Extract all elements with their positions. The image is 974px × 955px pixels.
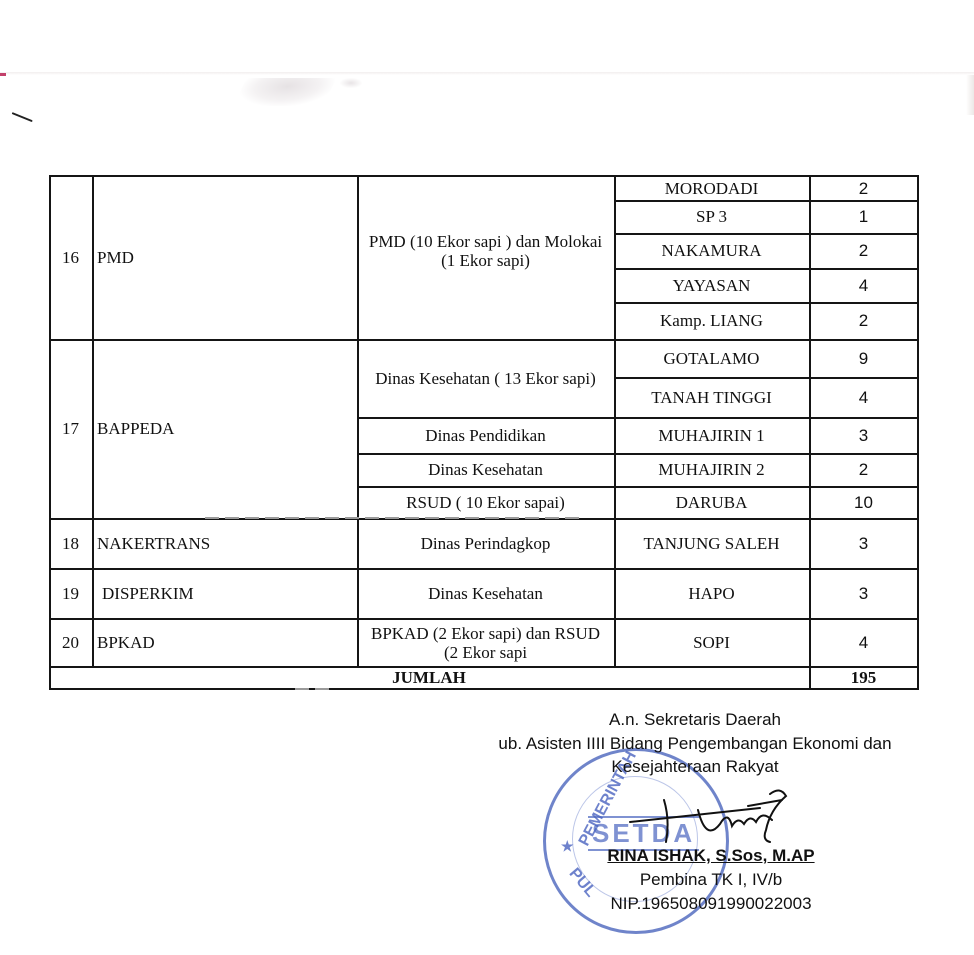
total-value: 195 (809, 666, 918, 689)
signatory-position-cont: Kesejahteraan Rakyat (470, 757, 920, 777)
row-number: 17 (49, 339, 92, 518)
count-cell: 2 (809, 453, 918, 486)
total-label: JUMLAH (49, 666, 809, 689)
unit-name: BAPPEDA (92, 339, 357, 518)
handwritten-signature (620, 780, 800, 850)
location-cell: GOTALAMO (614, 339, 809, 377)
count-cell: 4 (809, 268, 918, 302)
source-line: (1 Ekor sapi) (441, 251, 530, 270)
count-cell: 2 (809, 176, 918, 200)
source-cell: Dinas Kesehatan (357, 453, 614, 486)
count-cell: 3 (809, 417, 918, 453)
row-number: 16 (49, 176, 92, 339)
signatory-name: RINA ISHAK, S.Sos, M.AP (596, 846, 826, 866)
source-line: (2 Ekor sapi (444, 643, 527, 662)
signatory-nip: NIP.196508091990022003 (596, 894, 826, 914)
star-icon: ★ (561, 838, 574, 855)
source-cell: PMD (10 Ekor sapi ) dan Molokai(1 Ekor s… (357, 176, 614, 339)
scan-top-margin (0, 0, 974, 72)
row-number: 18 (49, 518, 92, 568)
location-cell: SP 3 (614, 200, 809, 233)
row-number: 20 (49, 618, 92, 666)
count-cell: 10 (809, 486, 918, 518)
signatory-position: ub. Asisten IIII Bidang Pengembangan Eko… (470, 734, 920, 754)
location-cell: NAKAMURA (614, 233, 809, 268)
source-line: BPKAD (2 Ekor sapi) dan RSUD (371, 624, 600, 643)
scan-mark (0, 73, 6, 76)
location-cell: MUHAJIRIN 1 (614, 417, 809, 453)
unit-name: DISPERKIM (92, 568, 357, 618)
count-cell: 4 (809, 618, 918, 666)
count-cell: 2 (809, 233, 918, 268)
unit-name: PMD (92, 176, 357, 339)
source-cell: Dinas Perindagkop (357, 518, 614, 568)
location-cell: MUHAJIRIN 2 (614, 453, 809, 486)
source-cell: Dinas Kesehatan ( 13 Ekor sapi) (357, 339, 614, 417)
source-cell: BPKAD (2 Ekor sapi) dan RSUD(2 Ekor sapi (357, 618, 614, 666)
signatory-title: A.n. Sekretaris Daerah (470, 710, 920, 730)
count-cell: 9 (809, 339, 918, 377)
location-cell: SOPI (614, 618, 809, 666)
pen-mark (12, 112, 33, 122)
count-cell: 4 (809, 377, 918, 417)
source-cell: Dinas Pendidikan (357, 417, 614, 453)
scan-smudge (233, 78, 336, 106)
source-cell: Dinas Kesehatan (357, 568, 614, 618)
source-line: PMD (10 Ekor sapi ) dan Molokai (369, 232, 602, 251)
page-edge-shadow (0, 72, 974, 75)
count-cell: 3 (809, 568, 918, 618)
location-cell: TANJUNG SALEH (614, 518, 809, 568)
location-cell: MORODADI (614, 176, 809, 200)
count-cell: 1 (809, 200, 918, 233)
unit-name: NAKERTRANS (92, 518, 357, 568)
count-cell: 2 (809, 302, 918, 339)
row-number: 19 (49, 568, 92, 618)
page-edge (966, 75, 974, 115)
count-cell: 3 (809, 518, 918, 568)
location-cell: Kamp. LIANG (614, 302, 809, 339)
signatory-rank: Pembina TK I, IV/b (596, 870, 826, 890)
scan-smudge (340, 78, 362, 88)
source-cell: RSUD ( 10 Ekor sapai) (357, 486, 614, 518)
location-cell: TANAH TINGGI (614, 377, 809, 417)
location-cell: HAPO (614, 568, 809, 618)
location-cell: DARUBA (614, 486, 809, 518)
location-cell: YAYASAN (614, 268, 809, 302)
unit-name: BPKAD (92, 618, 357, 666)
